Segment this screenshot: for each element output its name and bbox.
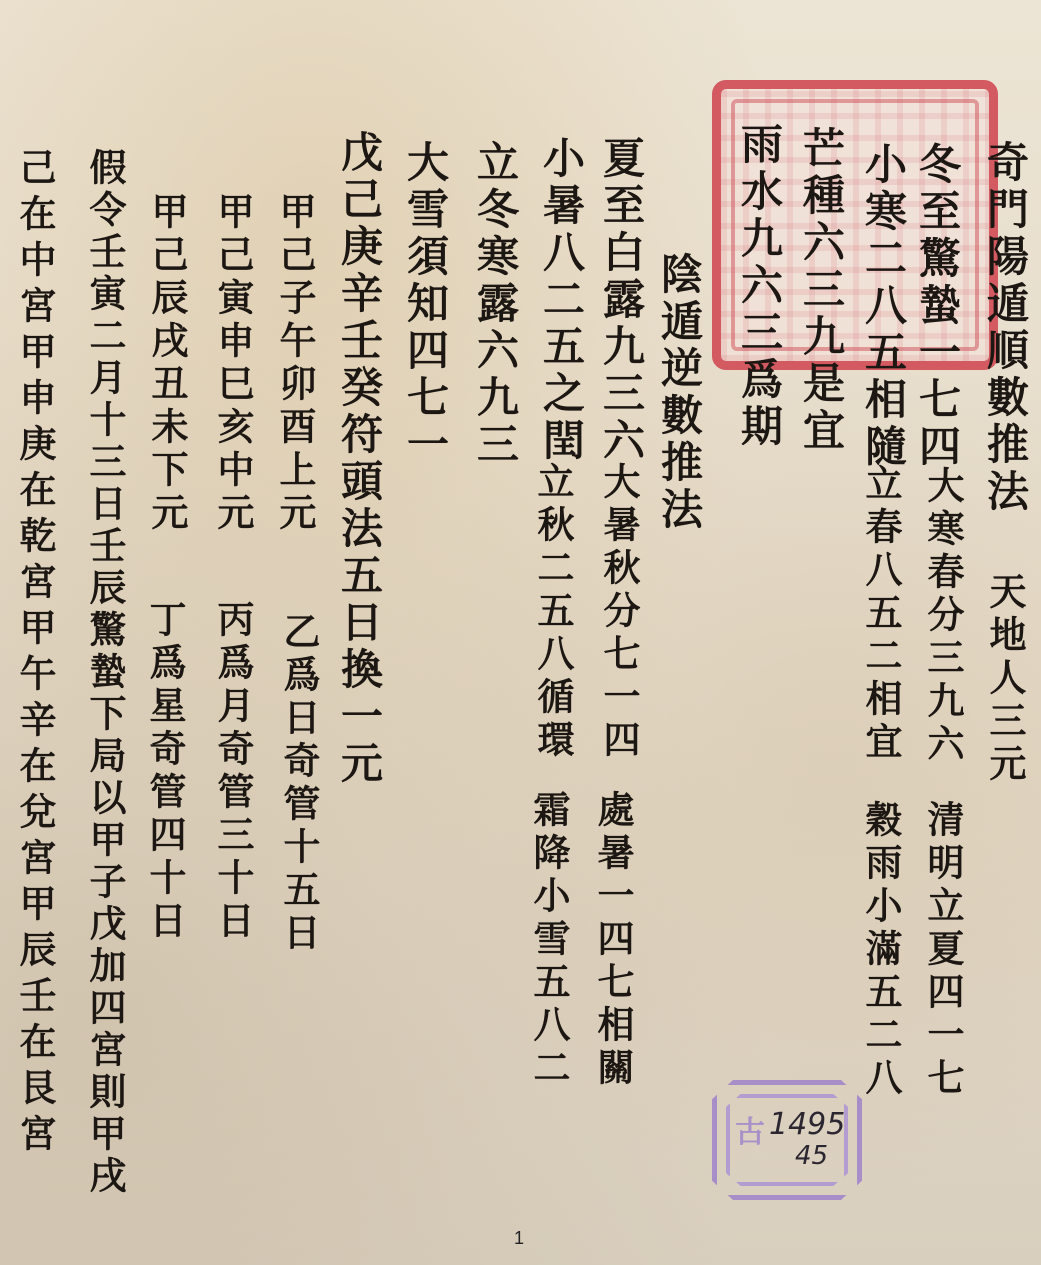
yuan-stems-text: 甲己子午卯酉上元 (273, 192, 317, 536)
title-column: 奇門陽遁順數推法天地人三元 (984, 140, 1026, 787)
yin-line-text: 夏至白露九三六 (597, 136, 646, 465)
yang-line-text: 雨水九六三爲期 (735, 122, 784, 451)
yin-lower-text: 立秋二五八循環 (531, 462, 575, 763)
yuan-stems-text: 甲己寅申巳亥中元 (211, 192, 255, 536)
yuan-qi-3: 丁爲星奇管四十日 (146, 600, 183, 944)
yin-line-3: 立冬寒露六九三 (474, 140, 516, 469)
yin-heading: 陰遁逆數推法 (658, 252, 700, 534)
yuan-stems-2: 甲己寅申巳亥中元 (214, 192, 251, 536)
yin-line-text: 大雪須知四七一 (401, 140, 450, 469)
yuan-qi-text: 乙爲日奇管十五日 (277, 612, 321, 956)
yin-lower-2: 立秋二五八循環 (534, 462, 571, 763)
yin-line-text: 立冬寒露六九三 (471, 140, 520, 469)
yang-line-text: 冬至驚蟄一七四 (913, 142, 962, 471)
library-stamp: 古 1495 45 (712, 1080, 862, 1200)
yang-lower-2: 立春八五二相宜 (862, 464, 899, 765)
yang-bottom-text: 清明立夏四一七 (921, 800, 965, 1101)
document-page: 奇門陽遁順數推法天地人三元 冬至驚蟄一七四 小寒二八五相隨 芒種六三九是宜 雨水… (0, 0, 1041, 1265)
yin-bottom-text: 處暑一四七相關 (591, 790, 635, 1091)
stamp-number-line2: 45 (795, 1141, 828, 1171)
yang-line-4: 雨水九六三爲期 (738, 122, 780, 451)
yin-line-text: 小暑八二五之閏 (537, 136, 586, 465)
yang-line-text: 芒種六三九是宜 (797, 126, 846, 455)
yin-line-4: 大雪須知四七一 (404, 140, 446, 469)
example-line-1: 假令壬寅二月十三日壬辰驚蟄下局以甲子戊加四宮則甲戌 (86, 148, 123, 1198)
yin-lower-text: 大暑秋分七一四 (597, 462, 641, 763)
yang-bottom-2: 穀雨小滿五二八 (862, 800, 899, 1101)
title: 奇門陽遁順數推法 (981, 140, 1030, 516)
yuan-qi-1: 乙爲日奇管十五日 (280, 612, 317, 956)
example-line-2: 己在中宮甲申庚在乾宮甲午辛在兌宮甲辰壬在艮宮 (16, 148, 53, 1160)
yin-lower-1: 大暑秋分七一四 (600, 462, 637, 763)
yin-bottom-2: 霜降小雪五八二 (530, 790, 567, 1091)
yin-bottom-1: 處暑一四七相關 (594, 790, 631, 1091)
page-number: 1 (514, 1228, 524, 1249)
yang-line-2: 小寒二八五相隨 (862, 142, 904, 471)
yang-lower-text: 大寒春分三九六 (921, 466, 965, 767)
title-note: 天地人三元 (983, 572, 1027, 787)
yang-line-3: 芒種六三九是宜 (800, 126, 842, 455)
example-line-text: 假令壬寅二月十三日壬辰驚蟄下局以甲子戊加四宮則甲戌 (83, 148, 127, 1198)
yuan-qi-text: 丁爲星奇管四十日 (143, 600, 187, 944)
yin-heading-text: 陰遁逆數推法 (655, 252, 704, 534)
yin-line-1: 夏至白露九三六 (600, 136, 642, 465)
example-line-text: 己在中宮甲申庚在乾宮甲午辛在兌宮甲辰壬在艮宮 (13, 148, 57, 1160)
yuan-qi-2: 丙爲月奇管三十日 (214, 600, 251, 944)
yang-bottom-text: 穀雨小滿五二八 (859, 800, 903, 1101)
yin-line-2: 小暑八二五之閏 (540, 136, 582, 465)
futou-heading-text: 戊己庚辛壬癸符頭法五日換一元 (335, 130, 384, 788)
futou-heading: 戊己庚辛壬癸符頭法五日換一元 (338, 130, 380, 788)
yuan-stems-text: 甲己辰戌丑未下元 (145, 192, 189, 536)
yuan-stems-3: 甲己辰戌丑未下元 (148, 192, 185, 536)
yang-lower-1: 大寒春分三九六 (924, 466, 961, 767)
stamp-glyph: 古 (735, 1107, 765, 1151)
yuan-qi-text: 丙爲月奇管三十日 (211, 600, 255, 944)
stamp-number-line1: 1495 (769, 1107, 845, 1142)
yang-line-text: 小寒二八五相隨 (859, 142, 908, 471)
yang-line-1: 冬至驚蟄一七四 (916, 142, 958, 471)
yin-bottom-text: 霜降小雪五八二 (527, 790, 571, 1091)
yang-bottom-1: 清明立夏四一七 (924, 800, 961, 1101)
yuan-stems-1: 甲己子午卯酉上元 (276, 192, 313, 536)
yang-lower-text: 立春八五二相宜 (859, 464, 903, 765)
